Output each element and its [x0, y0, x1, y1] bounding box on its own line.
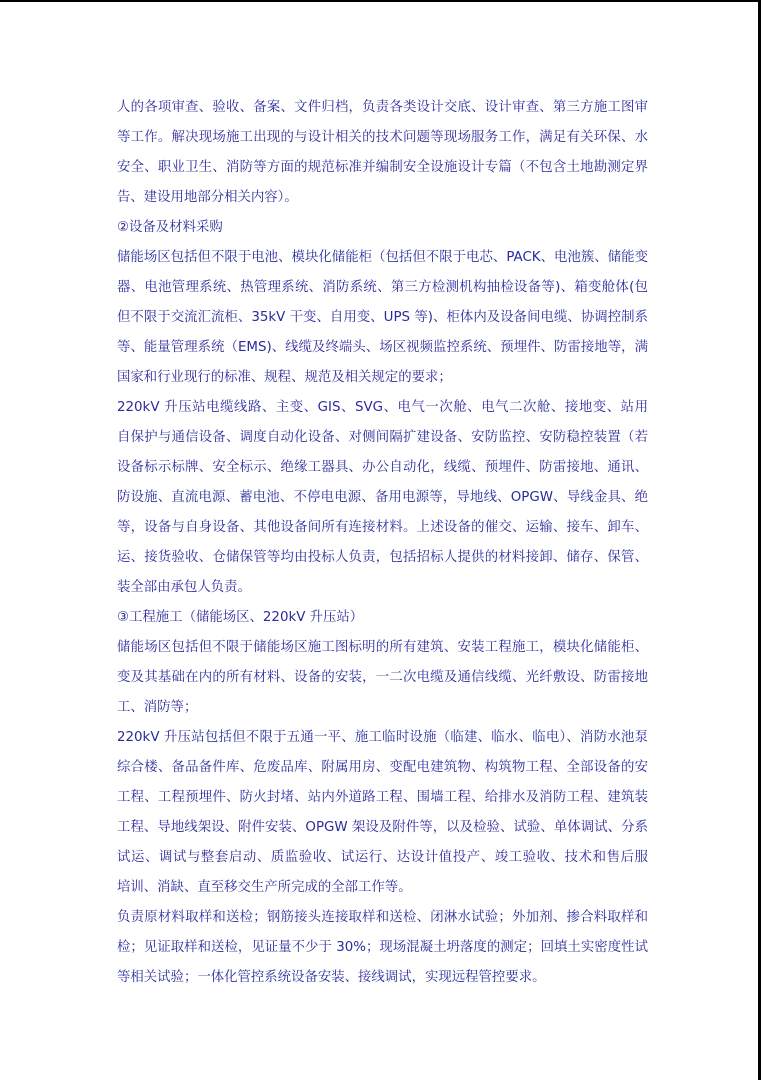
paragraph-line: 等工作。解决现场施工出现的与设计相关的技术问题等现场服务工作，满足有关环保、水保… [117, 123, 648, 153]
paragraph-line: 等相关试验；一体化管控系统设备安装、接线调试，实现远程管控要求。 [117, 963, 648, 993]
paragraph-line: 但不限于交流汇流柜、35kV 干变、自用变、UPS 等)、柜体内及设备间电缆、协… [117, 303, 648, 333]
paragraph-line: 安全、职业卫生、消防等方面的规范标准并编制安全设施设计专篇（不包含土地勘测定界报 [117, 153, 648, 183]
paragraph-line: 培训、消缺、直至移交生产所完成的全部工作等。 [117, 873, 648, 903]
paragraph-line: 检；见证取样和送检，见证量不少于 30%；现场混凝土坍落度的测定；回填土实密度性… [117, 933, 648, 963]
paragraph-line: 变及其基础在内的所有材料、设备的安装，一二次电缆及通信线缆、光纤敷设、防雷接地施 [117, 663, 648, 693]
paragraph-line: 220kV 升压站包括但不限于五通一平、施工临时设施（临建、临水、临电）、消防水… [117, 723, 648, 753]
paragraph-line: 装全部由承包人负责。 [117, 573, 648, 603]
paragraph-line: 人的各项审查、验收、备案、文件归档，负责各类设计交底、设计审查、第三方施工图审查 [117, 93, 648, 123]
paragraph-line: 器、电池管理系统、热管理系统、消防系统、第三方检测机构抽检设备等)、箱变舱体(包… [117, 273, 648, 303]
section-heading-construction: ③工程施工（储能场区、220kV 升压站） [117, 603, 648, 633]
paragraph-line: 综合楼、备品备件库、危废品库、附属用房、变配电建筑物、构筑物工程、全部设备的安装 [117, 753, 648, 783]
paragraph-line: 等、能量管理系统（EMS)、线缆及终端头、场区视频监控系统、预埋件、防雷接地等，… [117, 333, 648, 363]
paragraph-line: 试运、调试与整套启动、质监验收、试运行、达设计值投产、竣工验收、技术和售后服务、 [117, 843, 648, 873]
paragraph-line: 220kV 升压站电缆线路、主变、GIS、SVG、电气一次舱、电气二次舱、接地变… [117, 393, 648, 423]
paragraph-line: 等，设备与自身设备、其他设备间所有连接材料。上述设备的催交、运输、接车、卸车、倒 [117, 513, 648, 543]
document-body: 人的各项审查、验收、备案、文件归档，负责各类设计交底、设计审查、第三方施工图审查… [117, 93, 648, 993]
paragraph-line: 工、消防等； [117, 693, 648, 723]
paragraph-line: 储能场区包括但不限于电池、模块化储能柜（包括但不限于电芯、PACK、电池簇、储能… [117, 243, 648, 273]
paragraph-line: 工程、导地线架设、附件安装、OPGW 架设及附件等，以及检验、试验、单体调试、分… [117, 813, 648, 843]
section-heading-equipment-procurement: ②设备及材料采购 [117, 213, 648, 243]
paragraph-line: 告、建设用地部分相关内容）。 [117, 183, 648, 213]
document-page: 人的各项审查、验收、备案、文件归档，负责各类设计交底、设计审查、第三方施工图审查… [0, 0, 761, 1080]
paragraph-line: 负责原材料取样和送检；钢筋接头连接取样和送检、闭淋水试验；外加剂、掺合料取样和送 [117, 903, 648, 933]
paragraph-line: 自保护与通信设备、调度自动化设备、对侧间隔扩建设备、安防监控、安防稳控装置（若需… [117, 423, 648, 453]
paragraph-line: 工程、工程预埋件、防火封堵、站内外道路工程、围墙工程、给排水及消防工程、建筑装修 [117, 783, 648, 813]
paragraph-line: 防设施、直流电源、蓄电池、不停电电源、备用电源等，导地线、OPGW、导线金具、绝… [117, 483, 648, 513]
paragraph-line: 国家和行业现行的标准、规程、规范及相关规定的要求； [117, 363, 648, 393]
paragraph-line: 储能场区包括但不限于储能场区施工图标明的所有建筑、安装工程施工，模块化储能柜、箱 [117, 633, 648, 663]
paragraph-line: 设备标示标牌、安全标示、绝缘工器具、办公自动化，线缆、预埋件、防雷接地、通讯、消 [117, 453, 648, 483]
paragraph-line: 运、接货验收、仓储保管等均由投标人负责，包括招标人提供的材料接卸、储存、保管、安 [117, 543, 648, 573]
